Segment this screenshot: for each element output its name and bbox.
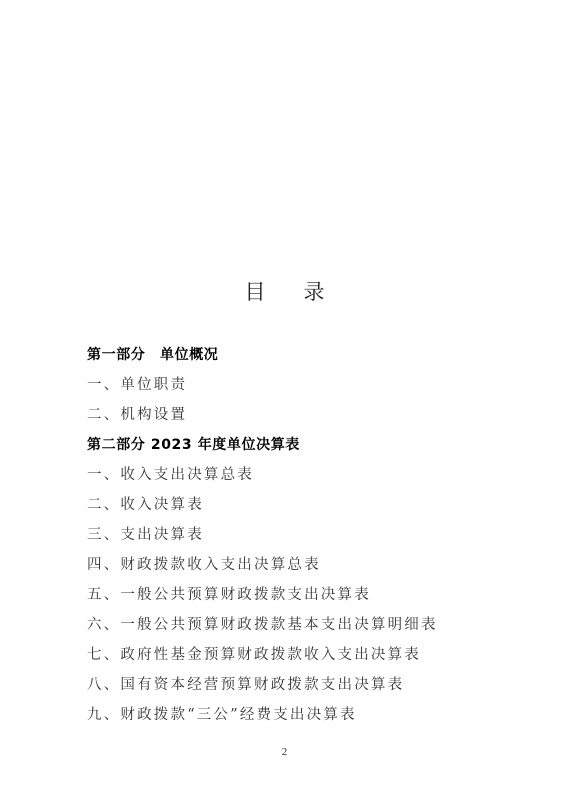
toc-title-char-1: 目 xyxy=(245,276,266,306)
toc-title: 目录 xyxy=(0,276,569,306)
toc-item[interactable]: 九、财政拨款“三公”经费支出决算表 xyxy=(87,700,438,730)
toc-item[interactable]: 六、一般公共预算财政拨款基本支出决算明细表 xyxy=(87,610,438,640)
table-of-contents: 第一部分 单位概况 一、单位职责 二、机构设置 第二部分 2023 年度单位决算… xyxy=(87,340,438,730)
toc-item[interactable]: 一、单位职责 xyxy=(87,370,438,400)
toc-item[interactable]: 五、一般公共预算财政拨款支出决算表 xyxy=(87,580,438,610)
toc-item[interactable]: 二、收入决算表 xyxy=(87,490,438,520)
toc-item[interactable]: 三、支出决算表 xyxy=(87,520,438,550)
toc-item[interactable]: 四、财政拨款收入支出决算总表 xyxy=(87,550,438,580)
page-number: 2 xyxy=(0,746,569,758)
toc-item[interactable]: 一、收入支出决算总表 xyxy=(87,460,438,490)
toc-title-char-2: 录 xyxy=(304,276,325,306)
toc-item[interactable]: 二、机构设置 xyxy=(87,400,438,430)
toc-item[interactable]: 七、政府性基金预算财政拨款收入支出决算表 xyxy=(87,640,438,670)
toc-section-part-1[interactable]: 第一部分 单位概况 xyxy=(87,340,438,370)
toc-item[interactable]: 八、国有资本经营预算财政拨款支出决算表 xyxy=(87,670,438,700)
toc-section-part-2[interactable]: 第二部分 2023 年度单位决算表 xyxy=(87,430,438,460)
